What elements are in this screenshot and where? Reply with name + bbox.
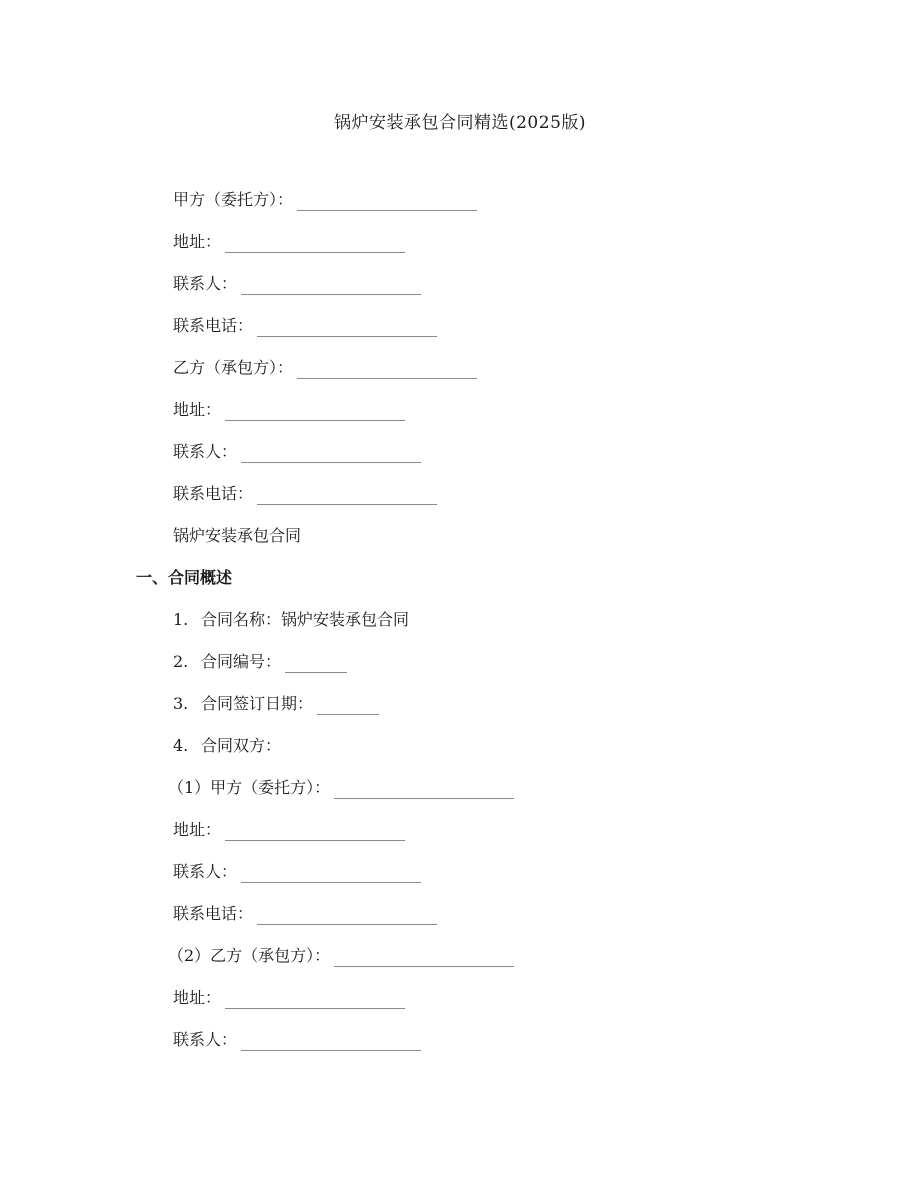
item-text: 合同双方：: [201, 735, 281, 757]
party-b-field: 乙方（承包方）：: [173, 357, 477, 379]
field-label: 联系电话：: [173, 315, 253, 337]
fill-blank[interactable]: [225, 994, 405, 1009]
overview-item-2: 2.合同编号：: [173, 651, 347, 673]
fill-blank[interactable]: [334, 952, 514, 967]
fill-blank[interactable]: [257, 910, 437, 925]
field-label: 地址：: [173, 399, 221, 421]
fill-blank[interactable]: [241, 1036, 421, 1051]
overview-item-4: 4.合同双方：: [173, 735, 281, 757]
field-label: 联系电话：: [173, 483, 253, 505]
contract-subtitle: 锅炉安装承包合同: [173, 525, 301, 547]
fill-blank[interactable]: [241, 448, 421, 463]
fill-blank[interactable]: [225, 826, 405, 841]
party-1-phone-field: 联系电话：: [173, 903, 437, 925]
fill-blank[interactable]: [334, 784, 514, 799]
field-label: 联系电话：: [173, 903, 253, 925]
overview-item-1: 1.合同名称：锅炉安装承包合同: [173, 609, 409, 631]
field-label: 甲方（委托方）：: [173, 189, 293, 211]
item-text: 合同名称：锅炉安装承包合同: [201, 609, 409, 631]
party-b-contact-field: 联系人：: [173, 441, 421, 463]
field-label: 地址：: [173, 987, 221, 1009]
party-a-field: 甲方（委托方）：: [173, 189, 477, 211]
party-1-address-field: 地址：: [173, 819, 405, 841]
field-label: 联系人：: [173, 861, 237, 883]
party-2-field: （2）乙方（承包方）：: [168, 945, 514, 967]
fill-blank[interactable]: [241, 280, 421, 295]
party-a-phone-field: 联系电话：: [173, 315, 437, 337]
field-label: 地址：: [173, 819, 221, 841]
fill-blank[interactable]: [225, 406, 405, 421]
item-text: 合同编号：: [201, 651, 281, 673]
party-1-field: （1）甲方（委托方）：: [168, 777, 514, 799]
field-label: （1）甲方（委托方）：: [168, 777, 330, 799]
party-a-address-field: 地址：: [173, 231, 405, 253]
fill-blank[interactable]: [225, 238, 405, 253]
field-label: 乙方（承包方）：: [173, 357, 293, 379]
fill-blank[interactable]: [241, 868, 421, 883]
field-label: 联系人：: [173, 1029, 237, 1051]
field-label: 联系人：: [173, 273, 237, 295]
overview-item-3: 3.合同签订日期：: [173, 693, 379, 715]
item-number: 3.: [173, 693, 201, 715]
party-2-address-field: 地址：: [173, 987, 405, 1009]
party-2-contact-field: 联系人：: [173, 1029, 421, 1051]
item-number: 1.: [173, 609, 201, 631]
party-1-contact-field: 联系人：: [173, 861, 421, 883]
field-label: （2）乙方（承包方）：: [168, 945, 330, 967]
fill-blank[interactable]: [257, 322, 437, 337]
party-a-contact-field: 联系人：: [173, 273, 421, 295]
item-number: 4.: [173, 735, 201, 757]
fill-blank[interactable]: [285, 658, 347, 673]
fill-blank[interactable]: [257, 490, 437, 505]
party-b-address-field: 地址：: [173, 399, 405, 421]
item-text: 合同签订日期：: [201, 693, 313, 715]
party-b-phone-field: 联系电话：: [173, 483, 437, 505]
document-title: 锅炉安装承包合同精选(2025版): [0, 108, 920, 133]
field-label: 地址：: [173, 231, 221, 253]
fill-blank[interactable]: [297, 196, 477, 211]
fill-blank[interactable]: [317, 700, 379, 715]
fill-blank[interactable]: [297, 364, 477, 379]
field-label: 联系人：: [173, 441, 237, 463]
item-number: 2.: [173, 651, 201, 673]
section-heading: 一、合同概述: [136, 567, 232, 589]
